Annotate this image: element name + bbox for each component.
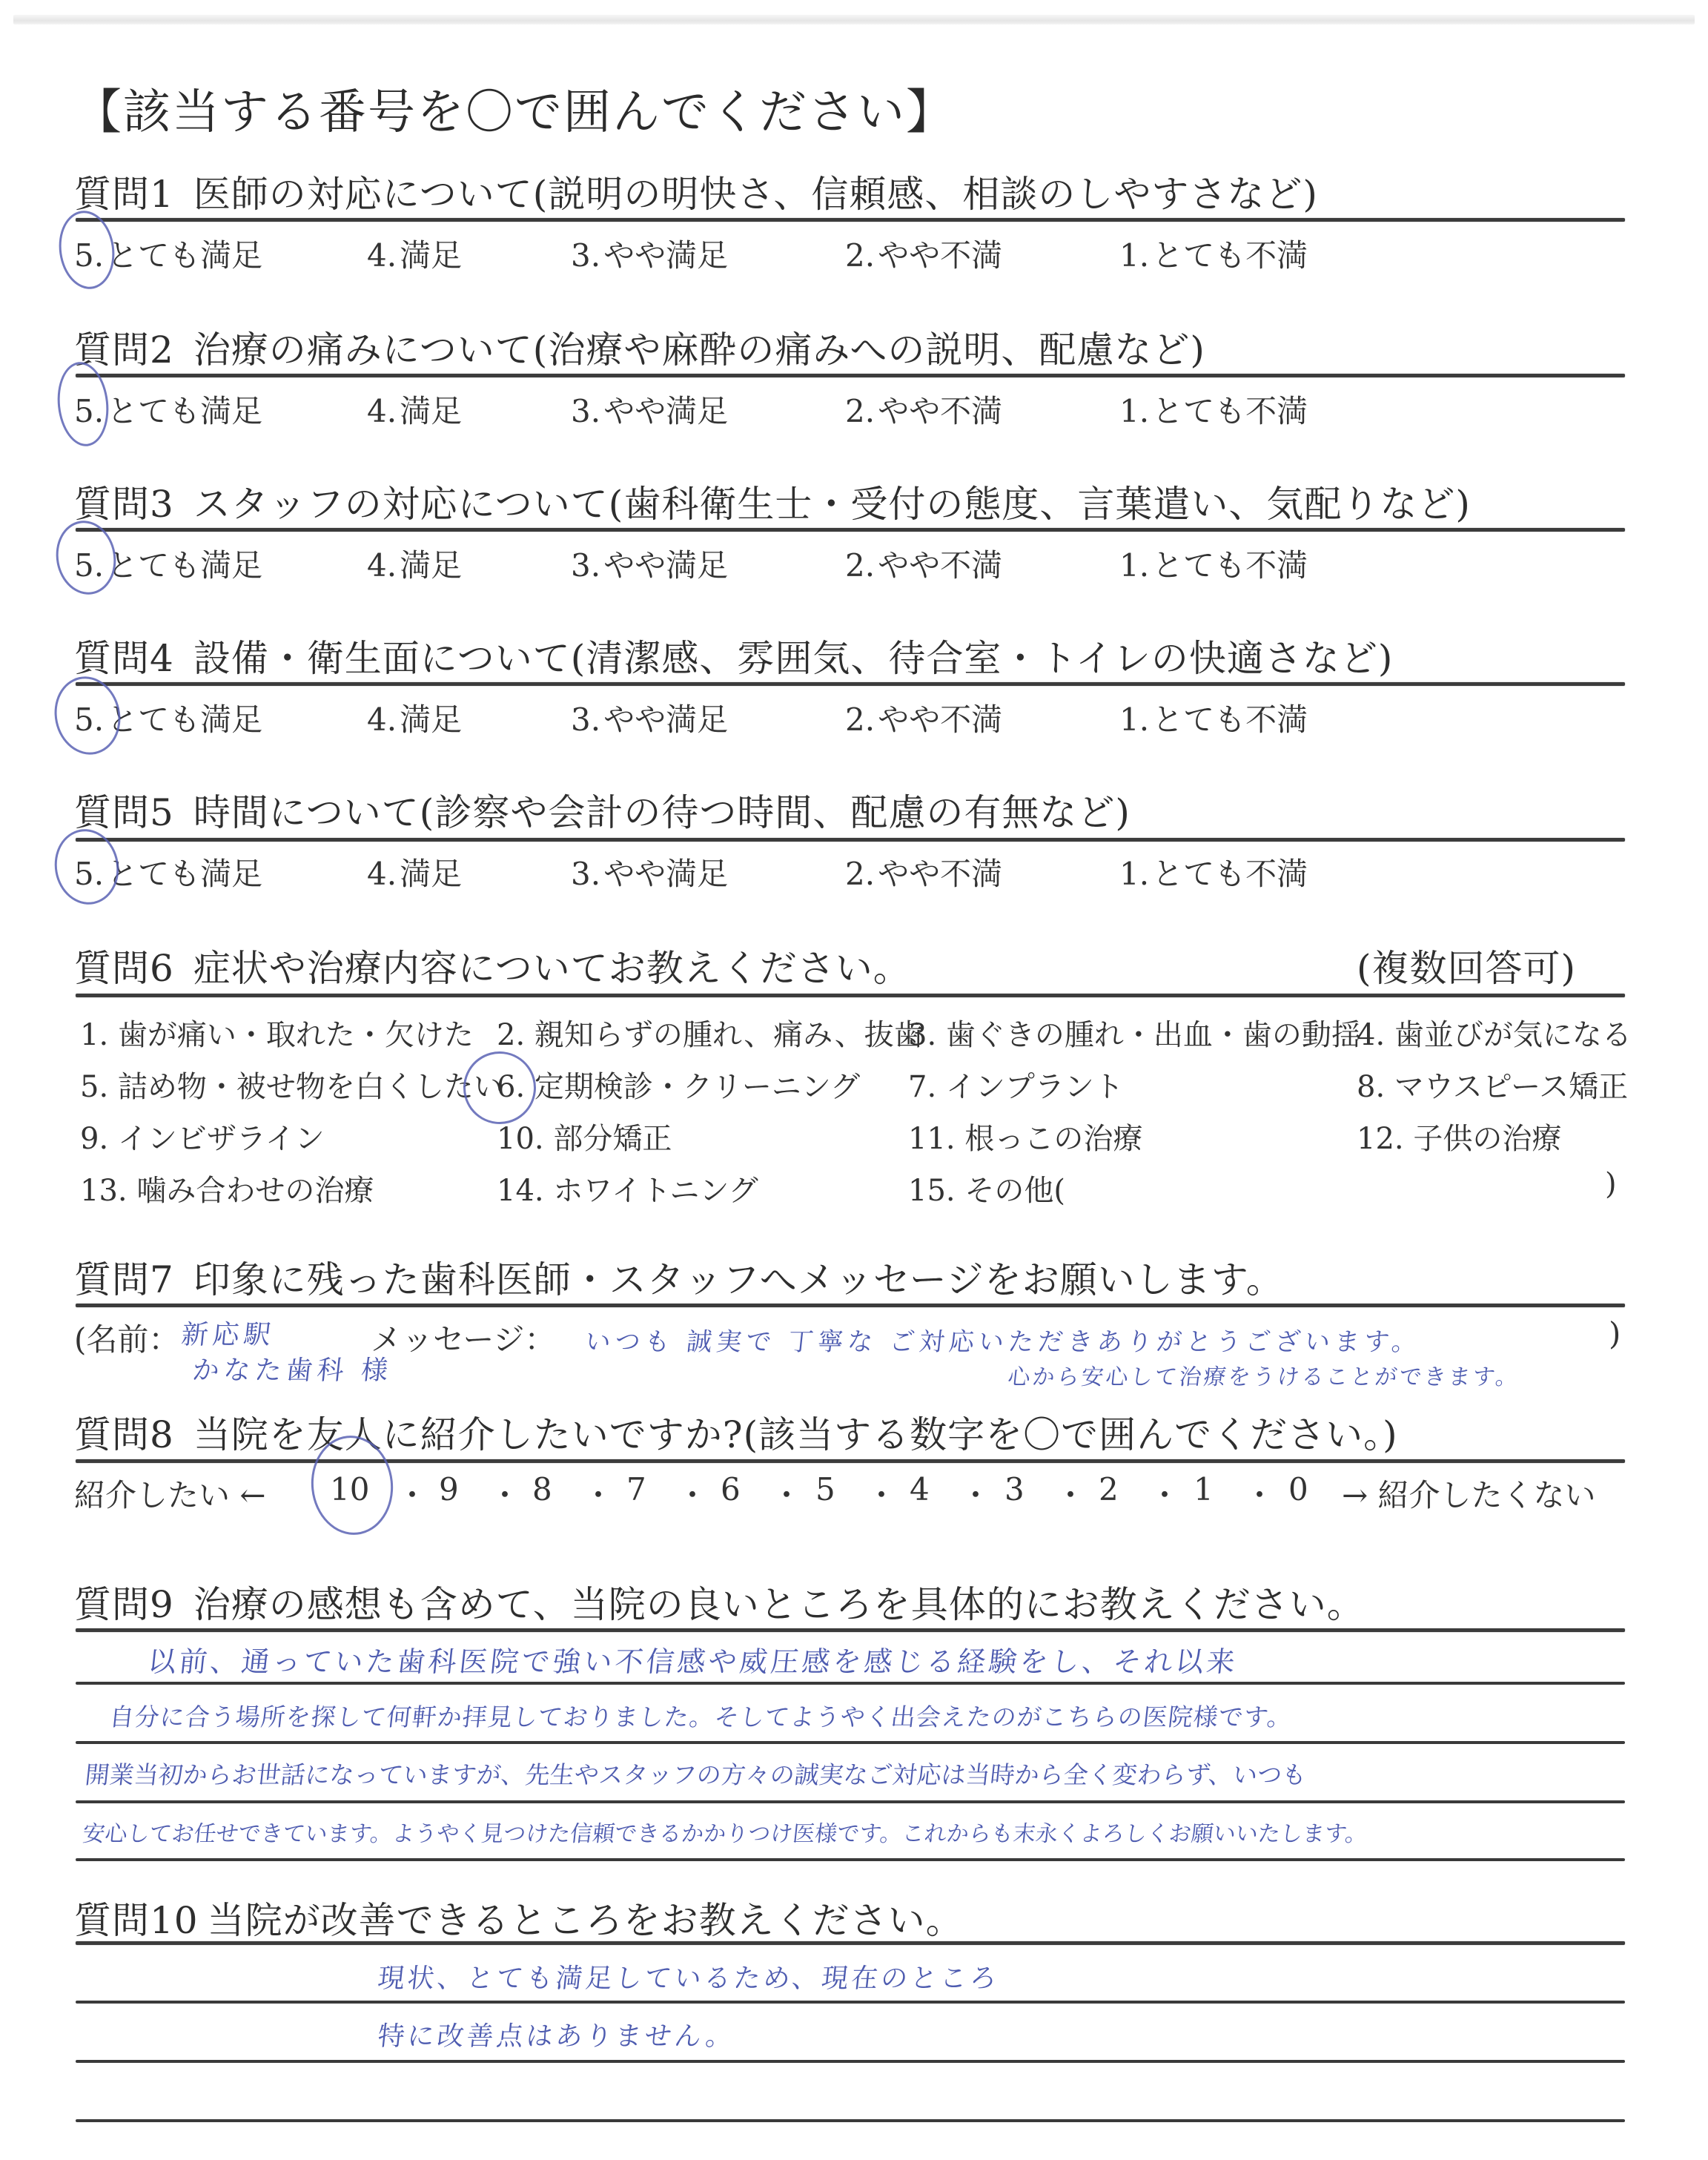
option-5[interactable]: 5.とても満足 xyxy=(74,541,262,586)
divider xyxy=(76,994,1625,997)
question-text: 治療の痛みについて(治療や麻酔の痛みへの説明、配慮など) xyxy=(193,328,1205,371)
answer-line-rule xyxy=(76,1800,1625,1803)
scale-option-5[interactable]: 5 xyxy=(815,1471,835,1507)
message-close-paren: ) xyxy=(1609,1315,1621,1352)
q6-option-8[interactable]: 8. マウスピース矯正 xyxy=(1357,1063,1628,1106)
answer-line-rule xyxy=(76,2060,1625,2063)
question-text: スタッフの対応について(歯科衛生士・受付の態度、言葉遣い、気配りなど) xyxy=(193,483,1471,526)
question-text: 症状や治療内容についてお教えください。 xyxy=(193,947,911,990)
scale-separator: ・ xyxy=(771,1471,802,1516)
q6-option-14[interactable]: 14. ホワイトニング xyxy=(497,1167,758,1209)
divider xyxy=(76,682,1625,686)
option-4[interactable]: 4.満足 xyxy=(367,850,462,894)
option-3[interactable]: 3.やや満足 xyxy=(571,850,728,894)
scale-option-8[interactable]: 8 xyxy=(532,1471,552,1507)
question-4-heading: 質問4設備・衛生面について(清潔感、雰囲気、待合室・トイレの快適さなど) xyxy=(74,629,1393,682)
q6-option-15[interactable]: 15. その他( xyxy=(908,1167,1065,1209)
page-title: 【該当する番号を〇で囲んでください】 xyxy=(74,74,955,142)
question-number: 質問4 xyxy=(74,637,174,680)
scale-option-2[interactable]: 2 xyxy=(1099,1471,1119,1507)
answer-line-rule xyxy=(76,1682,1625,1685)
answer-line-1: 現状、とても満足しているため、現在のところ xyxy=(376,1958,1002,1995)
divider xyxy=(76,218,1625,222)
divider xyxy=(76,1941,1625,1945)
question-1-heading: 質問1医師の対応について(説明の明快さ、信頼感、相談のしやすさなど) xyxy=(74,165,1318,218)
scale-separator: ・ xyxy=(960,1471,991,1516)
q6-option-11[interactable]: 11. 根っこの治療 xyxy=(908,1115,1142,1157)
question-10-heading: 質問10当院が改善できるところをお教えください。 xyxy=(74,1891,964,1944)
divider xyxy=(76,1628,1625,1632)
scale-option-6[interactable]: 6 xyxy=(721,1471,741,1507)
divider xyxy=(76,374,1625,377)
q6-option-13[interactable]: 13. 噛み合わせの治療 xyxy=(80,1167,374,1209)
question-text: 印象に残った歯科医師・スタッフへメッセージをお願いします。 xyxy=(193,1258,1284,1301)
scale-separator: ・ xyxy=(677,1471,708,1516)
scale-separator: ・ xyxy=(1244,1471,1275,1516)
q6-option-5[interactable]: 5. 詰め物・被せ物を白くしたい xyxy=(80,1063,503,1106)
question-number: 質問5 xyxy=(74,791,174,834)
q6-option-9[interactable]: 9. インビザライン xyxy=(80,1115,325,1157)
option-1[interactable]: 1.とても不満 xyxy=(1119,541,1308,586)
scale-separator: ・ xyxy=(1055,1471,1086,1516)
divider xyxy=(76,1304,1625,1307)
question-number: 質問6 xyxy=(74,947,174,990)
option-3[interactable]: 3.やや満足 xyxy=(571,696,728,740)
question-5-heading: 質問5時間について(診察や会計の待つ時間、配慮の有無など) xyxy=(74,783,1131,836)
question-6-heading: 質問6症状や治療内容についてお教えください。 (複数回答可) xyxy=(74,939,1631,992)
divider xyxy=(76,838,1625,842)
option-4[interactable]: 4.満足 xyxy=(367,231,462,276)
question-number: 質問9 xyxy=(74,1583,174,1626)
question-number: 質問2 xyxy=(74,328,174,371)
option-2[interactable]: 2.やや不満 xyxy=(845,850,1002,894)
scale-left-label: 紹介したい ← xyxy=(74,1471,266,1516)
scale-option-4[interactable]: 4 xyxy=(910,1471,930,1507)
answer-line-4: 安心してお任せできています。ようやく見つけた信頼できるかかりつけ医様です。これか… xyxy=(82,1815,1369,1848)
answer-line-rule xyxy=(76,2119,1625,2122)
q6-option-4[interactable]: 4. 歯並びが気になる xyxy=(1357,1011,1632,1054)
question-number: 質問7 xyxy=(74,1258,174,1301)
answer-line-1: 以前、通っていた歯科医院で強い不信感や威圧感を感じる経験をし、それ以来 xyxy=(146,1639,1240,1680)
q6-option-12[interactable]: 12. 子供の治療 xyxy=(1357,1115,1561,1157)
option-4[interactable]: 4.満足 xyxy=(367,387,462,432)
option-1[interactable]: 1.とても不満 xyxy=(1119,231,1308,276)
scale-option-0[interactable]: 0 xyxy=(1288,1471,1308,1507)
option-2[interactable]: 2.やや不満 xyxy=(845,696,1002,740)
option-1[interactable]: 1.とても不満 xyxy=(1119,850,1308,894)
option-1[interactable]: 1.とても不満 xyxy=(1119,387,1308,432)
question-number: 質問10 xyxy=(74,1899,199,1942)
option-5[interactable]: 5.とても満足 xyxy=(74,231,262,276)
question-8-heading: 質問8当院を友人に紹介したいですか?(該当する数字を〇で囲んでください。) xyxy=(74,1405,1398,1459)
question-7-heading: 質問7印象に残った歯科医師・スタッフへメッセージをお願いします。 xyxy=(74,1250,1284,1304)
option-3[interactable]: 3.やや満足 xyxy=(571,541,728,586)
answer-line-3: 開業当初からお世話になっていますが、先生やスタッフの方々の誠実なご対応は当時から… xyxy=(84,1756,1308,1791)
q6-option-7[interactable]: 7. インプラント xyxy=(908,1063,1124,1106)
name-value-line-2[interactable]: かなた歯科 様 xyxy=(191,1350,394,1387)
option-4[interactable]: 4.満足 xyxy=(367,696,462,740)
scale-separator: ・ xyxy=(397,1471,428,1516)
question-3-heading: 質問3スタッフの対応について(歯科衛生士・受付の態度、言葉遣い、気配りなど) xyxy=(74,475,1471,528)
question-1-options: 5.とても満足 4.満足 3.やや満足 2.やや不満 1.とても不満 xyxy=(0,231,1708,273)
question-2-heading: 質問2治療の痛みについて(治療や麻酔の痛みへの説明、配慮など) xyxy=(74,320,1205,374)
question-9-heading: 質問9治療の感想も含めて、当院の良いところを具体的にお教えください。 xyxy=(74,1575,1365,1628)
question-3-options: 5.とても満足 4.満足 3.やや満足 2.やや不満 1.とても不満 xyxy=(0,541,1708,583)
message-line-1[interactable]: いつも 誠実で 丁寧な ご対応いただきありがとうございます。 xyxy=(583,1321,1423,1358)
answer-line-rule xyxy=(76,1741,1625,1744)
question-number: 質問3 xyxy=(74,483,174,526)
scale-option-7[interactable]: 7 xyxy=(626,1471,646,1507)
scale-separator: ・ xyxy=(1149,1471,1180,1516)
divider xyxy=(76,1459,1625,1463)
scale-option-3[interactable]: 3 xyxy=(1004,1471,1025,1507)
question-5-options: 5.とても満足 4.満足 3.やや満足 2.やや不満 1.とても不満 xyxy=(0,850,1708,891)
question-4-options: 5.とても満足 4.満足 3.やや満足 2.やや不満 1.とても不満 xyxy=(0,696,1708,737)
name-value-line-1[interactable]: 新応駅 xyxy=(179,1314,277,1352)
option-2[interactable]: 2.やや不満 xyxy=(845,541,1002,586)
option-3[interactable]: 3.やや満足 xyxy=(571,231,728,276)
q6-other-close-paren: ) xyxy=(1605,1167,1617,1201)
scale-option-10[interactable]: 10 xyxy=(330,1471,369,1507)
multiple-answers-note: (複数回答可) xyxy=(1357,939,1576,992)
scale-separator: ・ xyxy=(583,1471,614,1516)
option-5[interactable]: 5.とても満足 xyxy=(74,696,262,740)
q6-option-2[interactable]: 2. 親知らずの腫れ、痛み、抜歯 xyxy=(497,1011,924,1054)
scan-top-edge xyxy=(13,15,1695,24)
question-text: 時間について(診察や会計の待つ時間、配慮の有無など) xyxy=(193,791,1131,834)
option-3[interactable]: 3.やや満足 xyxy=(571,387,728,432)
option-4[interactable]: 4.満足 xyxy=(367,541,462,586)
answer-line-rule xyxy=(76,1858,1625,1861)
q6-option-10[interactable]: 10. 部分矯正 xyxy=(497,1115,672,1157)
scale-separator: ・ xyxy=(489,1471,520,1516)
scale-separator: ・ xyxy=(866,1471,897,1516)
q6-option-1[interactable]: 1. 歯が痛い・取れた・欠けた xyxy=(80,1011,474,1054)
q6-option-3[interactable]: 3. 歯ぐきの腫れ・出血・歯の動揺 xyxy=(908,1011,1361,1054)
question-text: 治療の感想も含めて、当院の良いところを具体的にお教えください。 xyxy=(193,1583,1365,1626)
divider xyxy=(76,528,1625,532)
option-2[interactable]: 2.やや不満 xyxy=(845,231,1002,276)
option-5[interactable]: 5.とても満足 xyxy=(74,850,262,894)
question-text: 当院を友人に紹介したいですか?(該当する数字を〇で囲んでください。) xyxy=(193,1413,1398,1456)
answer-line-2: 特に改善点はありません。 xyxy=(376,2015,738,2053)
question-number: 質問8 xyxy=(74,1413,174,1456)
question-2-options: 5.とても満足 4.満足 3.やや満足 2.やや不満 1.とても不満 xyxy=(0,387,1708,429)
answer-line-rule xyxy=(76,2001,1625,2004)
answer-line-2: 自分に合う場所を探して何軒か拝見しておりました。そしてようやく出会えたのがこちら… xyxy=(108,1698,1294,1733)
message-label: メッセージ： xyxy=(371,1315,555,1360)
question-text: 当院が改善できるところをお教えください。 xyxy=(208,1899,964,1942)
scale-right-label: → 紹介したくない xyxy=(1342,1471,1596,1516)
option-2[interactable]: 2.やや不満 xyxy=(845,387,1002,432)
question-text: 設備・衛生面について(清潔感、雰囲気、待合室・トイレの快適さなど) xyxy=(193,637,1394,680)
question-text: 医師の対応について(説明の明快さ、信頼感、相談のしやすさなど) xyxy=(193,173,1318,216)
scale-option-9[interactable]: 9 xyxy=(439,1471,459,1507)
message-line-2[interactable]: 心から安心して治療をうけることができます。 xyxy=(1007,1358,1522,1391)
question-number: 質問1 xyxy=(74,173,174,216)
scale-option-1[interactable]: 1 xyxy=(1194,1471,1214,1507)
name-label: (名前： xyxy=(74,1315,179,1360)
option-1[interactable]: 1.とても不満 xyxy=(1119,696,1308,740)
option-5[interactable]: 5.とても満足 xyxy=(74,387,262,432)
q6-option-6[interactable]: 6. 定期検診・クリーニング xyxy=(497,1063,860,1106)
